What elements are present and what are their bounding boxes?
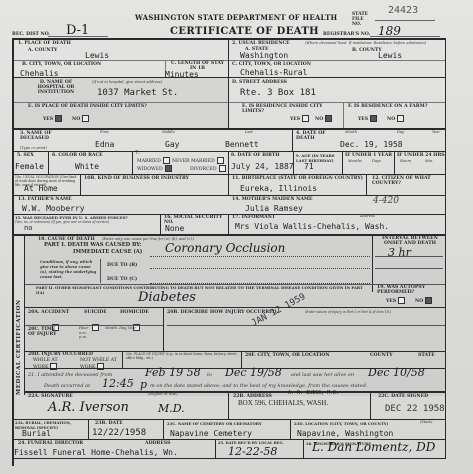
months-label: Months <box>348 159 362 163</box>
age-value: 71 <box>304 162 314 171</box>
deceased-name-note: (Type or print) <box>20 146 47 150</box>
margin-note: 4-420 <box>373 196 399 206</box>
place-of-injury-label: 20e. PLACE OF INJURY (e.g., in or about … <box>126 352 238 360</box>
burial-date-value: 12/22/1958 <box>92 428 146 438</box>
funeral-director-value: Fissell Funeral Home-Chehalis, Wn. <box>14 448 178 457</box>
father-label: 13. FATHER'S NAME <box>18 197 72 202</box>
due-to-c-label: DUE TO (c) <box>107 277 137 282</box>
mother-value: Julia Ramsey <box>245 204 303 213</box>
min-label: Min. <box>425 159 433 163</box>
checkbox-checked[interactable] <box>425 297 432 304</box>
ssn-value: None <box>165 224 184 233</box>
res-city-value: Chehalis-Rural <box>240 68 307 77</box>
hour-label: Hour <box>79 326 88 330</box>
under-24-hrs-label: If Under 24 Hrs. <box>397 153 446 158</box>
rec-dist-label: REC. DIST NO. <box>12 32 50 37</box>
res-farm-label: f. IS RESIDENCE ON A FARM? <box>348 104 444 109</box>
interval-value: 3 hr <box>388 246 411 259</box>
age-label: 9. AGE (In years last birthday) <box>296 153 340 163</box>
last-saw-label: and last saw her alive on <box>291 373 354 377</box>
informant-address-label: Address <box>360 214 375 218</box>
funeral-address-label: ADDRESS <box>145 441 170 446</box>
part2-value: Diabetes <box>138 290 196 305</box>
days-label: Days <box>372 159 381 163</box>
physician-address-value: BOX 596, CHEHALIS, WASH. <box>238 399 328 407</box>
sex-value: Female <box>15 162 44 171</box>
describe-injury-note: (Enter nature of injury in Part I or Par… <box>305 310 391 314</box>
ampm-label: a.m. p.m. <box>79 331 91 339</box>
department-heading: WASHINGTON STATE DEPARTMENT OF HEALTH <box>135 13 337 22</box>
injury-county-label: COUNTY <box>370 353 393 358</box>
year-label: Year <box>432 130 440 134</box>
usual-residence-label: 2. USUAL RESIDENCE <box>232 41 290 46</box>
last-saw-value: Dec 10/58 <box>368 366 425 379</box>
accident-label: 20a. ACCIDENT <box>28 310 69 315</box>
birth-date-value: July 24, 1887 <box>231 162 294 171</box>
informant-label: 17. INFORMANT <box>232 215 275 220</box>
autopsy-no[interactable]: No <box>415 297 432 304</box>
checkbox[interactable] <box>219 165 226 172</box>
state-file-number: 24423 <box>388 5 418 16</box>
res-state-value: Washington <box>240 51 288 60</box>
father-value: W.W. Mooberry <box>22 204 85 213</box>
res-county-value: Lewis <box>378 51 402 60</box>
death-certificate: WASHINGTON STATE DEPARTMENT OF HEALTH ST… <box>0 0 473 474</box>
pod-city-label: b. CITY, TOWN, OR LOCATION <box>22 62 101 67</box>
first-name-value: Edna <box>95 140 114 149</box>
usual-residence-note: (Where deceased lived. If institution: R… <box>305 41 443 45</box>
medical-certification-label: MEDICAL CERTIFICATION <box>16 299 22 395</box>
immediate-cause-value: Coronary Occlusion <box>165 241 285 255</box>
death-occurred-label: Death occurred at <box>44 384 90 388</box>
res-inside-city-no[interactable]: No <box>315 115 332 122</box>
physician-stamp: A. R. IWISS, M.D. <box>288 390 339 396</box>
hours-label: Hours <box>400 159 411 163</box>
birthplace-value: Eureka, Illinois <box>240 184 317 193</box>
checkbox-checked[interactable] <box>370 115 377 122</box>
immediate-cause-label: IMMEDIATE CAUSE (a) <box>73 250 142 255</box>
res-inside-city-yes[interactable]: Yes <box>290 115 309 122</box>
date-of-death-value: Dec. 19, 1958 <box>340 140 403 149</box>
cemetery-value: Napavine Cemetery <box>170 429 252 438</box>
checkbox[interactable] <box>398 297 405 304</box>
race-value: White <box>75 162 99 171</box>
res-farm-no[interactable]: No <box>387 115 404 122</box>
informant-value: Mrs Viola Wallis-Chehalis, Wash. <box>235 222 389 231</box>
citizen-label: 12. CITIZEN OF WHAT COUNTRY? <box>372 176 442 186</box>
burial-location-label: 23d. LOCATION (City, town, or county) <box>294 421 388 426</box>
burial-state-label: (State) <box>420 420 432 424</box>
checkbox[interactable] <box>302 115 309 122</box>
widowed-option[interactable]: Widowed <box>137 165 172 172</box>
birth-date-label: 8. DATE OF BIRTH <box>231 153 280 158</box>
pod-city-limits-yes[interactable]: Yes <box>43 115 62 122</box>
part2-label: PART II. OTHER SIGNIFICANT CONDITIONS CO… <box>36 285 366 295</box>
month-label: Month <box>345 130 357 134</box>
registrar-signature-value: L. Dan Lomentz, DD <box>312 440 435 454</box>
res-street-label: d. STREET ADDRESS <box>232 80 287 85</box>
death-time-ampm: p <box>140 378 147 391</box>
middle-name-value: Gay <box>165 140 179 149</box>
checkbox[interactable] <box>82 115 89 122</box>
birthplace-label: 11. BIRTHPLACE (State or foreign country… <box>232 176 363 181</box>
state-file-label: STATE FILE NO. <box>352 12 374 27</box>
mdy-label: Month, Day, Year <box>105 326 136 330</box>
armed-forces-value: no <box>24 224 32 232</box>
last-name-value: Bennett <box>225 140 259 149</box>
divorced-option[interactable]: Divorced <box>190 165 226 172</box>
checkbox-checked[interactable] <box>55 115 62 122</box>
checkbox[interactable] <box>397 115 404 122</box>
place-of-death-label: 1. PLACE OF DEATH <box>18 41 71 46</box>
death-time-value: 12:45 <box>102 377 134 390</box>
homicide-label: HOMICIDE <box>120 310 149 315</box>
interval-label: INTERVAL BETWEEN ONSET AND DEATH <box>378 236 442 246</box>
attended-to: Dec 19/58 <box>225 366 282 379</box>
injury-city-label: 20f. CITY, TOWN, OR LOCATION <box>245 353 330 358</box>
degree-label: (Degree or title) <box>148 392 178 396</box>
pod-hospital-value: 1037 Market St. <box>97 88 178 98</box>
burial-location-value: Napavine, Washington <box>297 429 393 438</box>
pod-city-limits-no[interactable]: No <box>72 115 89 122</box>
autopsy-label: 19. WAS AUTOPSY PERFORMED? <box>377 285 437 295</box>
part1-label: PART I. DEATH WAS CAUSED BY: <box>44 243 141 248</box>
suicide-checkbox[interactable] <box>90 317 99 336</box>
physician-signature: A.R. Iverson <box>48 400 129 415</box>
injury-state-label: STATE <box>418 353 435 358</box>
death-occurred-suffix: m on the date stated above; and to the b… <box>150 384 445 388</box>
business-label: 10b. KIND OF BUSINESS OR INDUSTRY <box>84 176 224 181</box>
deceased-name-label: 3. NAME OF DECEASED <box>20 131 60 141</box>
checkbox-checked[interactable] <box>165 165 172 172</box>
injury-occurred-label: 20d. INJURY OCCURRED <box>28 352 93 357</box>
due-to-b-label: DUE TO (b) <box>107 263 137 268</box>
occupation-value: At Home <box>24 184 58 193</box>
res-city-label: c. CITY, TOWN, OR LOCATION <box>232 62 311 67</box>
burial-date-label: 23b. DATE <box>95 421 123 426</box>
under-1-year-label: If Under 1 Year <box>345 153 392 158</box>
middle-name-label: Middle <box>162 130 175 134</box>
suicide-label: SUICIDE <box>84 310 107 315</box>
funeral-director-label: 24. FUNERAL DIRECTOR <box>18 441 83 446</box>
marital-status-label: 7. <box>135 151 140 156</box>
checkbox[interactable] <box>163 157 170 164</box>
never-married-option[interactable]: Never Married <box>172 157 224 164</box>
sex-label: 5. SEX <box>17 153 34 158</box>
registrar-number-label: REGISTRAR'S NO. <box>323 32 370 37</box>
married-option[interactable]: Married <box>137 157 170 164</box>
res-street-value: Rte. 3 Box 181 <box>240 88 316 98</box>
pod-hospital-note: (If not in hospital, give street address… <box>92 80 162 84</box>
certificate-title: CERTIFICATE OF DEATH <box>170 26 319 37</box>
date-received-value: 12-22-58 <box>228 445 277 458</box>
pod-city-limits-label: e. IS PLACE OF DEATH INSIDE CITY LIMITS? <box>28 104 147 109</box>
date-of-death-label: 4. DATE OF DEATH <box>296 131 330 141</box>
day-label: Day <box>397 130 404 134</box>
pod-hospital-label: d. NAME OF HOSPITAL OR INSTITUTION <box>28 80 84 95</box>
cemetery-label: 23c. NAME OF CEMETERY OR CREMATORY <box>167 421 262 426</box>
autopsy-yes[interactable]: Yes <box>386 297 405 304</box>
signature-label: 22a. SIGNATURE <box>28 394 73 399</box>
checkbox[interactable] <box>217 157 224 164</box>
last-name-label: Last <box>245 130 253 134</box>
physician-degree: M.D. <box>158 402 185 415</box>
date-signed-label: 22c. DATE SIGNED <box>378 394 428 399</box>
attended-to-label: to <box>207 373 212 377</box>
attended-prefix: 21. I attended the deceased from <box>28 373 112 377</box>
mother-label: 14. MOTHER'S MAIDEN NAME <box>232 197 313 202</box>
date-signed-value: DEC 22 1958 <box>385 404 445 414</box>
checkbox-checked[interactable] <box>325 115 332 122</box>
res-inside-city-label: e. IS RESIDENCE INSIDE CITY LIMITS? <box>242 104 342 114</box>
attended-from: Feb 19 58 <box>145 366 201 379</box>
first-name-label: First <box>100 130 109 134</box>
race-label: 6. COLOR OR RACE <box>52 153 103 158</box>
pod-county-label: a. COUNTY <box>28 48 57 53</box>
conditions-note: Conditions, if any, which give rise to a… <box>40 259 98 279</box>
pod-county-value: Lewis <box>85 51 109 60</box>
disposition-value: Burial <box>22 429 51 438</box>
time-of-injury-label: 20c. TIME OF INJURY <box>28 327 58 337</box>
res-farm-yes[interactable]: Yes <box>358 115 377 122</box>
